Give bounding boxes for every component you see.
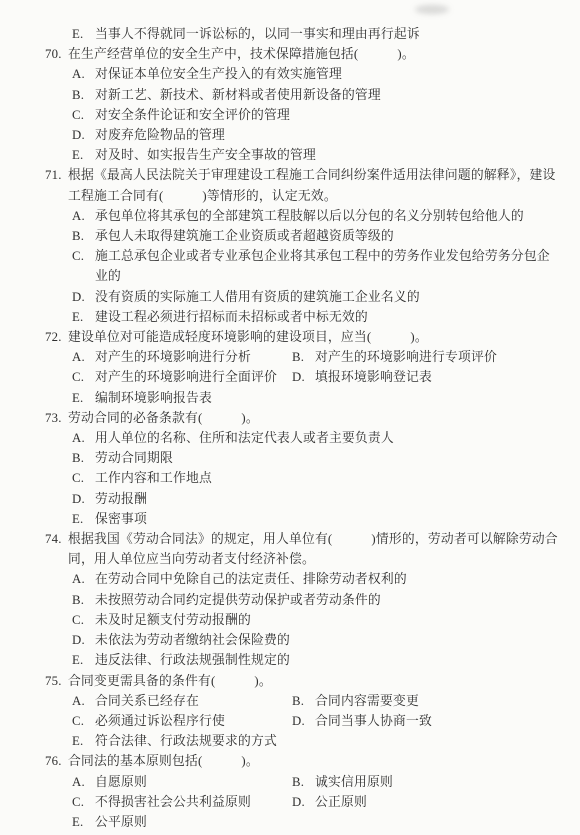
- scanned-exam-page: E.当事人不得就同一诉讼标的，以同一事实和理由再行起诉70.在生产经营单位的安全…: [0, 0, 580, 835]
- option-text: 当事人不得就同一诉讼标的，以同一事实和理由再行起诉: [95, 24, 552, 44]
- option-text: 劳动合同期限: [95, 448, 552, 468]
- option-row: E.违反法律、行政法规强制性规定的: [72, 650, 552, 670]
- option-row: D.合同当事人协商一致: [292, 711, 552, 731]
- option-row: E.保密事项: [72, 509, 552, 529]
- option-text-line: 工作内容和工作地点: [95, 468, 552, 488]
- option-row: E.对及时、如实报告生产安全事故的管理: [72, 145, 552, 165]
- options-list: A.合同关系已经存在B.合同内容需要变更C.必须通过诉讼程序行使D.合同当事人协…: [72, 691, 552, 752]
- question-stem-line: 在生产经营单位的安全生产中，技术保障措施包括( )。: [68, 44, 552, 64]
- option-text: 编制环境影响报告表: [95, 388, 552, 408]
- option-text: 建设工程必须进行招标而未招标或者中标无效的: [95, 307, 552, 327]
- option-label: A.: [72, 691, 95, 711]
- option-text: 诚实信用原则: [315, 772, 552, 792]
- option-row: D.对废弃危险物品的管理: [72, 125, 552, 145]
- option-text: 没有资质的实际施工人借用有资质的建筑施工企业名义的: [95, 287, 552, 307]
- option-text-line: 未按照劳动合同约定提供劳动保护或者劳动条件的: [95, 590, 552, 610]
- option-text: 公正原则: [315, 792, 552, 812]
- option-row: E.符合法律、行政法规要求的方式: [72, 731, 552, 751]
- option-label: D.: [72, 287, 95, 307]
- question-number: 72.: [45, 327, 68, 347]
- option-label: A.: [72, 347, 95, 367]
- option-label: E.: [72, 24, 95, 44]
- option-label: D.: [292, 367, 315, 387]
- question-number: 71.: [45, 165, 68, 185]
- option-label: B.: [72, 85, 95, 105]
- exam-content: E.当事人不得就同一诉讼标的，以同一事实和理由再行起诉70.在生产经营单位的安全…: [45, 24, 552, 832]
- option-text-line: 对保证本单位安全生产投入的有效实施管理: [95, 64, 552, 84]
- option-text-line: 公平原则: [95, 812, 552, 832]
- option-label: E.: [72, 307, 95, 327]
- option-text-line: 没有资质的实际施工人借用有资质的建筑施工企业名义的: [95, 287, 552, 307]
- option-grid-row: C.不得损害社会公共利益原则D.公正原则: [72, 792, 552, 812]
- option-text: 承包单位将其承包的全部建筑工程肢解以后以分包的名义分别转包给他人的: [95, 206, 552, 226]
- question-row: 72.建设单位对可能造成轻度环境影响的建设项目，应当( )。A.对产生的环境影响…: [45, 327, 552, 408]
- option-text: 劳动报酬: [95, 489, 552, 509]
- question: 74.根据我国《劳动合同法》的规定，用人单位有( )情形的，劳动者可以解除劳动合…: [45, 529, 552, 670]
- option-text: 对及时、如实报告生产安全事故的管理: [95, 145, 552, 165]
- option-row: A.用人单位的名称、住所和法定代表人或者主要负责人: [72, 428, 552, 448]
- option-grid-cell: B.诚实信用原则: [292, 772, 552, 792]
- option-row: B.承包人未取得建筑施工企业资质或者超越资质等级的: [72, 226, 552, 246]
- question-row: 76.合同法的基本原则包括( )。A.自愿原则B.诚实信用原则C.不得损害社会公…: [45, 751, 552, 832]
- question: 70.在生产经营单位的安全生产中，技术保障措施包括( )。A.对保证本单位安全生…: [45, 44, 552, 165]
- option-text: 对安全条件论证和安全评价的管理: [95, 105, 552, 125]
- option-row: C.未及时足额支付劳动报酬的: [72, 610, 552, 630]
- option-text: 不得损害社会公共利益原则: [95, 792, 292, 812]
- option-row: C.对产生的环境影响进行全面评价: [72, 367, 292, 387]
- option-row: D.劳动报酬: [72, 489, 552, 509]
- option-text-line: 承包人未取得建筑施工企业资质或者超越资质等级的: [95, 226, 552, 246]
- option-label: B.: [292, 772, 315, 792]
- option-row: D.公正原则: [292, 792, 552, 812]
- option-text-line: 合同当事人协商一致: [315, 711, 552, 731]
- option-text-line: 编制环境影响报告表: [95, 388, 552, 408]
- option-label: B.: [292, 691, 315, 711]
- option-row: B.对产生的环境影响进行专项评价: [292, 347, 552, 367]
- question-body: 劳动合同的必备条款有( )。A.用人单位的名称、住所和法定代表人或者主要负责人B…: [68, 408, 552, 529]
- option-text: 违反法律、行政法规强制性规定的: [95, 650, 552, 670]
- option-row: A.在劳动合同中免除自己的法定责任、排除劳动者权利的: [72, 569, 552, 589]
- option-grid-cell: A.自愿原则: [72, 772, 292, 792]
- option-text-line: 填报环境影响登记表: [315, 367, 552, 387]
- option-row: A.合同关系已经存在: [72, 691, 292, 711]
- question: 76.合同法的基本原则包括( )。A.自愿原则B.诚实信用原则C.不得损害社会公…: [45, 751, 552, 832]
- option-label: E.: [72, 812, 95, 832]
- question-stem-line: 工程施工合同有( )等情形的，认定无效。: [68, 186, 552, 206]
- option-text-line: 对新工艺、新技术、新材料或者使用新设备的管理: [95, 85, 552, 105]
- option-text-line: 对安全条件论证和安全评价的管理: [95, 105, 552, 125]
- option-text: 必须通过诉讼程序行使: [95, 711, 292, 731]
- option-row: D.没有资质的实际施工人借用有资质的建筑施工企业名义的: [72, 287, 552, 307]
- option-label: C.: [72, 468, 95, 488]
- option-label: D.: [292, 792, 315, 812]
- option-row: C.不得损害社会公共利益原则: [72, 792, 292, 812]
- option-grid-row: A.对产生的环境影响进行分析B.对产生的环境影响进行专项评价: [72, 347, 552, 367]
- option-text: 用人单位的名称、住所和法定代表人或者主要负责人: [95, 428, 552, 448]
- option-text-line: 劳动合同期限: [95, 448, 552, 468]
- option-text: 符合法律、行政法规要求的方式: [95, 731, 552, 751]
- option-label: C.: [72, 367, 95, 387]
- option-text-line: 符合法律、行政法规要求的方式: [95, 731, 552, 751]
- option-row: B.未按照劳动合同约定提供劳动保护或者劳动条件的: [72, 590, 552, 610]
- option-text-line: 用人单位的名称、住所和法定代表人或者主要负责人: [95, 428, 552, 448]
- option-text-line: 违反法律、行政法规强制性规定的: [95, 650, 552, 670]
- options-list: A.对保证本单位安全生产投入的有效实施管理B.对新工艺、新技术、新材料或者使用新…: [72, 64, 552, 165]
- question-stem-line: 劳动合同的必备条款有( )。: [68, 408, 552, 428]
- question-body: 合同变更需具备的条件有( )。A.合同关系已经存在B.合同内容需要变更C.必须通…: [68, 671, 552, 752]
- question-stem-line: 建设单位对可能造成轻度环境影响的建设项目，应当( )。: [68, 327, 552, 347]
- option-text-line: 承包单位将其承包的全部建筑工程肢解以后以分包的名义分别转包给他人的: [95, 206, 552, 226]
- option-text-line: 自愿原则: [95, 772, 292, 792]
- option-text: 公平原则: [95, 812, 552, 832]
- option-text: 对产生的环境影响进行全面评价: [95, 367, 292, 387]
- option-row: E.公平原则: [72, 812, 552, 832]
- option-text: 对产生的环境影响进行分析: [95, 347, 292, 367]
- option-label: A.: [72, 206, 95, 226]
- question-number: 74.: [45, 529, 68, 549]
- option-text-line: 必须通过诉讼程序行使: [95, 711, 292, 731]
- option-row: C.施工总承包企业或者专业承包企业将其承包工程中的劳务作业发包给劳务分包企业的: [72, 246, 552, 286]
- option-text: 未按照劳动合同约定提供劳动保护或者劳动条件的: [95, 590, 552, 610]
- option-grid-row: C.对产生的环境影响进行全面评价D.填报环境影响登记表: [72, 367, 552, 387]
- option-grid-cell: A.对产生的环境影响进行分析: [72, 347, 292, 367]
- question-stem-line: 根据我国《劳动合同法》的规定，用人单位有( )情形的，劳动者可以解除劳动合: [68, 529, 552, 549]
- question-number: 75.: [45, 671, 68, 691]
- orphan-option: E.当事人不得就同一诉讼标的，以同一事实和理由再行起诉: [72, 24, 552, 44]
- option-label: E.: [72, 388, 95, 408]
- options-list: A.用人单位的名称、住所和法定代表人或者主要负责人B.劳动合同期限C.工作内容和…: [72, 428, 552, 529]
- option-text: 合同内容需要变更: [315, 691, 552, 711]
- option-row: D.未依法为劳动者缴纳社会保险费的: [72, 630, 552, 650]
- question-stem-line: 合同法的基本原则包括( )。: [68, 751, 552, 771]
- option-label: C.: [72, 792, 95, 812]
- question-number: 76.: [45, 751, 68, 771]
- option-grid-cell: A.合同关系已经存在: [72, 691, 292, 711]
- option-text-line: 建设工程必须进行招标而未招标或者中标无效的: [95, 307, 552, 327]
- question-row: 75.合同变更需具备的条件有( )。A.合同关系已经存在B.合同内容需要变更C.…: [45, 671, 552, 752]
- option-text: 在劳动合同中免除自己的法定责任、排除劳动者权利的: [95, 569, 552, 589]
- option-label: C.: [72, 610, 95, 630]
- option-grid-cell: B.合同内容需要变更: [292, 691, 552, 711]
- option-row: B.诚实信用原则: [292, 772, 552, 792]
- option-grid-cell: B.对产生的环境影响进行专项评价: [292, 347, 552, 367]
- option-label: A.: [72, 772, 95, 792]
- option-text: 对废弃危险物品的管理: [95, 125, 552, 145]
- option-text-line: 合同内容需要变更: [315, 691, 552, 711]
- option-row: E.编制环境影响报告表: [72, 388, 552, 408]
- option-text-line: 诚实信用原则: [315, 772, 552, 792]
- question-stem-line: 合同变更需具备的条件有( )。: [68, 671, 552, 691]
- question-row: 73.劳动合同的必备条款有( )。A.用人单位的名称、住所和法定代表人或者主要负…: [45, 408, 552, 529]
- option-text-line: 未及时足额支付劳动报酬的: [95, 610, 552, 630]
- option-text-line: 保密事项: [95, 509, 552, 529]
- option-grid-cell: D.公正原则: [292, 792, 552, 812]
- question-body: 建设单位对可能造成轻度环境影响的建设项目，应当( )。A.对产生的环境影响进行分…: [68, 327, 552, 408]
- question-number: 73.: [45, 408, 68, 428]
- option-row: B.合同内容需要变更: [292, 691, 552, 711]
- option-row: C.工作内容和工作地点: [72, 468, 552, 488]
- option-text: 承包人未取得建筑施工企业资质或者超越资质等级的: [95, 226, 552, 246]
- option-text-line: 在劳动合同中免除自己的法定责任、排除劳动者权利的: [95, 569, 552, 589]
- option-text-line: 不得损害社会公共利益原则: [95, 792, 292, 812]
- option-text-line: 对产生的环境影响进行全面评价: [95, 367, 292, 387]
- options-list: A.在劳动合同中免除自己的法定责任、排除劳动者权利的B.未按照劳动合同约定提供劳…: [72, 569, 552, 670]
- question-body: 在生产经营单位的安全生产中，技术保障措施包括( )。A.对保证本单位安全生产投入…: [68, 44, 552, 165]
- option-grid-cell: D.填报环境影响登记表: [292, 367, 552, 387]
- option-row: A.自愿原则: [72, 772, 292, 792]
- option-grid-cell: C.不得损害社会公共利益原则: [72, 792, 292, 812]
- option-text: 合同当事人协商一致: [315, 711, 552, 731]
- option-row: B.劳动合同期限: [72, 448, 552, 468]
- question-row: 70.在生产经营单位的安全生产中，技术保障措施包括( )。A.对保证本单位安全生…: [45, 44, 552, 165]
- option-label: E.: [72, 731, 95, 751]
- option-row: D.填报环境影响登记表: [292, 367, 552, 387]
- option-row: A.对产生的环境影响进行分析: [72, 347, 292, 367]
- option-text-line: 劳动报酬: [95, 489, 552, 509]
- question: 72.建设单位对可能造成轻度环境影响的建设项目，应当( )。A.对产生的环境影响…: [45, 327, 552, 408]
- option-text: 对保证本单位安全生产投入的有效实施管理: [95, 64, 552, 84]
- option-grid-cell: D.合同当事人协商一致: [292, 711, 552, 731]
- option-label: C.: [72, 711, 95, 731]
- option-text-line: 公正原则: [315, 792, 552, 812]
- option-label: E.: [72, 145, 95, 165]
- question-row: 71.根据《最高人民法院关于审理建设工程施工合同纠纷案件适用法律问题的解释》，建…: [45, 165, 552, 327]
- option-grid-row: C.必须通过诉讼程序行使D.合同当事人协商一致: [72, 711, 552, 731]
- option-row: A.承包单位将其承包的全部建筑工程肢解以后以分包的名义分别转包给他人的: [72, 206, 552, 226]
- option-label: B.: [72, 226, 95, 246]
- option-label: C.: [72, 246, 95, 266]
- question-stem-line: 同，用人单位应当向劳动者支付经济补偿。: [68, 549, 552, 569]
- option-label: A.: [72, 428, 95, 448]
- question: 75.合同变更需具备的条件有( )。A.合同关系已经存在B.合同内容需要变更C.…: [45, 671, 552, 752]
- option-label: A.: [72, 64, 95, 84]
- question-body: 根据《最高人民法院关于审理建设工程施工合同纠纷案件适用法律问题的解释》，建设工程…: [68, 165, 552, 327]
- option-label: E.: [72, 650, 95, 670]
- options-list: A.承包单位将其承包的全部建筑工程肢解以后以分包的名义分别转包给他人的B.承包人…: [72, 206, 552, 327]
- option-label: D.: [72, 489, 95, 509]
- options-list: A.自愿原则B.诚实信用原则C.不得损害社会公共利益原则D.公正原则E.公平原则: [72, 772, 552, 833]
- option-row: E.建设工程必须进行招标而未招标或者中标无效的: [72, 307, 552, 327]
- option-text-line: 施工总承包企业或者专业承包企业将其承包工程中的劳务作业发包给劳务分包企: [95, 246, 552, 266]
- option-text: 施工总承包企业或者专业承包企业将其承包工程中的劳务作业发包给劳务分包企业的: [95, 246, 552, 286]
- option-text: 对产生的环境影响进行专项评价: [315, 347, 552, 367]
- option-text: 工作内容和工作地点: [95, 468, 552, 488]
- question: 71.根据《最高人民法院关于审理建设工程施工合同纠纷案件适用法律问题的解释》，建…: [45, 165, 552, 327]
- option-label: B.: [72, 590, 95, 610]
- option-label: B.: [292, 347, 315, 367]
- option-grid-row: A.自愿原则B.诚实信用原则: [72, 772, 552, 792]
- question: 73.劳动合同的必备条款有( )。A.用人单位的名称、住所和法定代表人或者主要负…: [45, 408, 552, 529]
- option-text: 对新工艺、新技术、新材料或者使用新设备的管理: [95, 85, 552, 105]
- option-row: C.必须通过诉讼程序行使: [72, 711, 292, 731]
- option-label: B.: [72, 448, 95, 468]
- question-body: 合同法的基本原则包括( )。A.自愿原则B.诚实信用原则C.不得损害社会公共利益…: [68, 751, 552, 832]
- option-text: 未及时足额支付劳动报酬的: [95, 610, 552, 630]
- question-stem-line: 根据《最高人民法院关于审理建设工程施工合同纠纷案件适用法律问题的解释》，建设: [68, 165, 552, 185]
- option-row: E.当事人不得就同一诉讼标的，以同一事实和理由再行起诉: [72, 24, 552, 44]
- option-row: B.对新工艺、新技术、新材料或者使用新设备的管理: [72, 85, 552, 105]
- option-grid-cell: C.必须通过诉讼程序行使: [72, 711, 292, 731]
- option-text-line: 对废弃危险物品的管理: [95, 125, 552, 145]
- option-label: D.: [292, 711, 315, 731]
- question-row: 74.根据我国《劳动合同法》的规定，用人单位有( )情形的，劳动者可以解除劳动合…: [45, 529, 552, 670]
- option-text-line: 合同关系已经存在: [95, 691, 292, 711]
- question-number: 70.: [45, 44, 68, 64]
- option-text-line: 当事人不得就同一诉讼标的，以同一事实和理由再行起诉: [95, 24, 552, 44]
- question-body: 根据我国《劳动合同法》的规定，用人单位有( )情形的，劳动者可以解除劳动合同，用…: [68, 529, 552, 670]
- option-text-line: 对产生的环境影响进行专项评价: [315, 347, 552, 367]
- option-label: E.: [72, 509, 95, 529]
- option-grid-cell: C.对产生的环境影响进行全面评价: [72, 367, 292, 387]
- option-text-line: 对产生的环境影响进行分析: [95, 347, 292, 367]
- option-label: D.: [72, 125, 95, 145]
- option-text: 合同关系已经存在: [95, 691, 292, 711]
- option-label: C.: [72, 105, 95, 125]
- options-list: A.对产生的环境影响进行分析B.对产生的环境影响进行专项评价C.对产生的环境影响…: [72, 347, 552, 408]
- option-label: D.: [72, 630, 95, 650]
- option-text-line: 业的: [95, 266, 552, 286]
- option-text-line: 未依法为劳动者缴纳社会保险费的: [95, 630, 552, 650]
- option-text: 自愿原则: [95, 772, 292, 792]
- option-label: A.: [72, 569, 95, 589]
- option-row: A.对保证本单位安全生产投入的有效实施管理: [72, 64, 552, 84]
- option-text-line: 对及时、如实报告生产安全事故的管理: [95, 145, 552, 165]
- scan-smudge-artifact: [415, 5, 449, 14]
- option-row: C.对安全条件论证和安全评价的管理: [72, 105, 552, 125]
- option-text: 保密事项: [95, 509, 552, 529]
- option-grid-row: A.合同关系已经存在B.合同内容需要变更: [72, 691, 552, 711]
- option-text: 未依法为劳动者缴纳社会保险费的: [95, 630, 552, 650]
- option-text: 填报环境影响登记表: [315, 367, 552, 387]
